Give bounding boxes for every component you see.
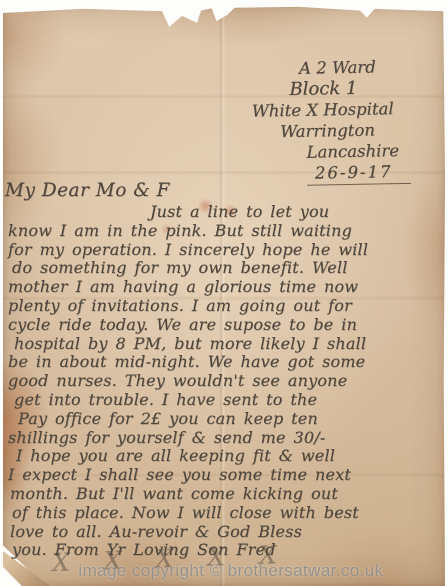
body-line: of this place. Now I will close with bes… bbox=[8, 503, 442, 522]
sender-address-block: A 2 Ward Block 1 White X Hospital Warrin… bbox=[247, 55, 445, 186]
copyright-watermark: image copyright © brothersatwar.co.uk bbox=[0, 561, 448, 581]
body-line: shillings for yourself & send me 30/- bbox=[8, 428, 442, 447]
body-line: love to all. Au-revoir & God Bless bbox=[8, 522, 442, 541]
body-line: Pay office for 2£ you can keep ten bbox=[8, 409, 442, 428]
body-line: good nurses. They wouldn't see anyone bbox=[8, 371, 442, 390]
body-line: month. But I'll want come kicking out bbox=[8, 484, 442, 503]
letter-greeting: My Dear Mo & F bbox=[5, 180, 170, 201]
body-line: Just a line to let you bbox=[8, 202, 442, 221]
body-line: do something for my own benefit. Well bbox=[8, 258, 442, 277]
letter-content: A 2 Ward Block 1 White X Hospital Warrin… bbox=[0, 0, 448, 586]
body-line: be in about mid-night. We have got some bbox=[8, 352, 442, 371]
body-line: know I am in the pink. But still waiting bbox=[8, 221, 442, 240]
body-line: plenty of invitations. I am going out fo… bbox=[8, 296, 442, 315]
body-line: get into trouble. I have sent to the bbox=[8, 390, 442, 409]
letter-body: Just a line to let you know I am in the … bbox=[8, 202, 442, 559]
body-line: hospital by 8 PM, but more likely I shal… bbox=[8, 334, 442, 353]
scan-background: A 2 Ward Block 1 White X Hospital Warrin… bbox=[0, 0, 448, 586]
body-line: cycle ride today. We are supose to be in bbox=[8, 315, 442, 334]
body-line: for my operation. I sincerely hope he wi… bbox=[8, 240, 442, 259]
letter-date: 26-9-17 bbox=[249, 160, 445, 184]
body-line: I hope you are all keeping fit & well bbox=[8, 446, 442, 465]
body-line: I expect I shall see you some time next bbox=[8, 465, 442, 484]
body-line: mother I am having a glorious time now bbox=[8, 277, 442, 296]
